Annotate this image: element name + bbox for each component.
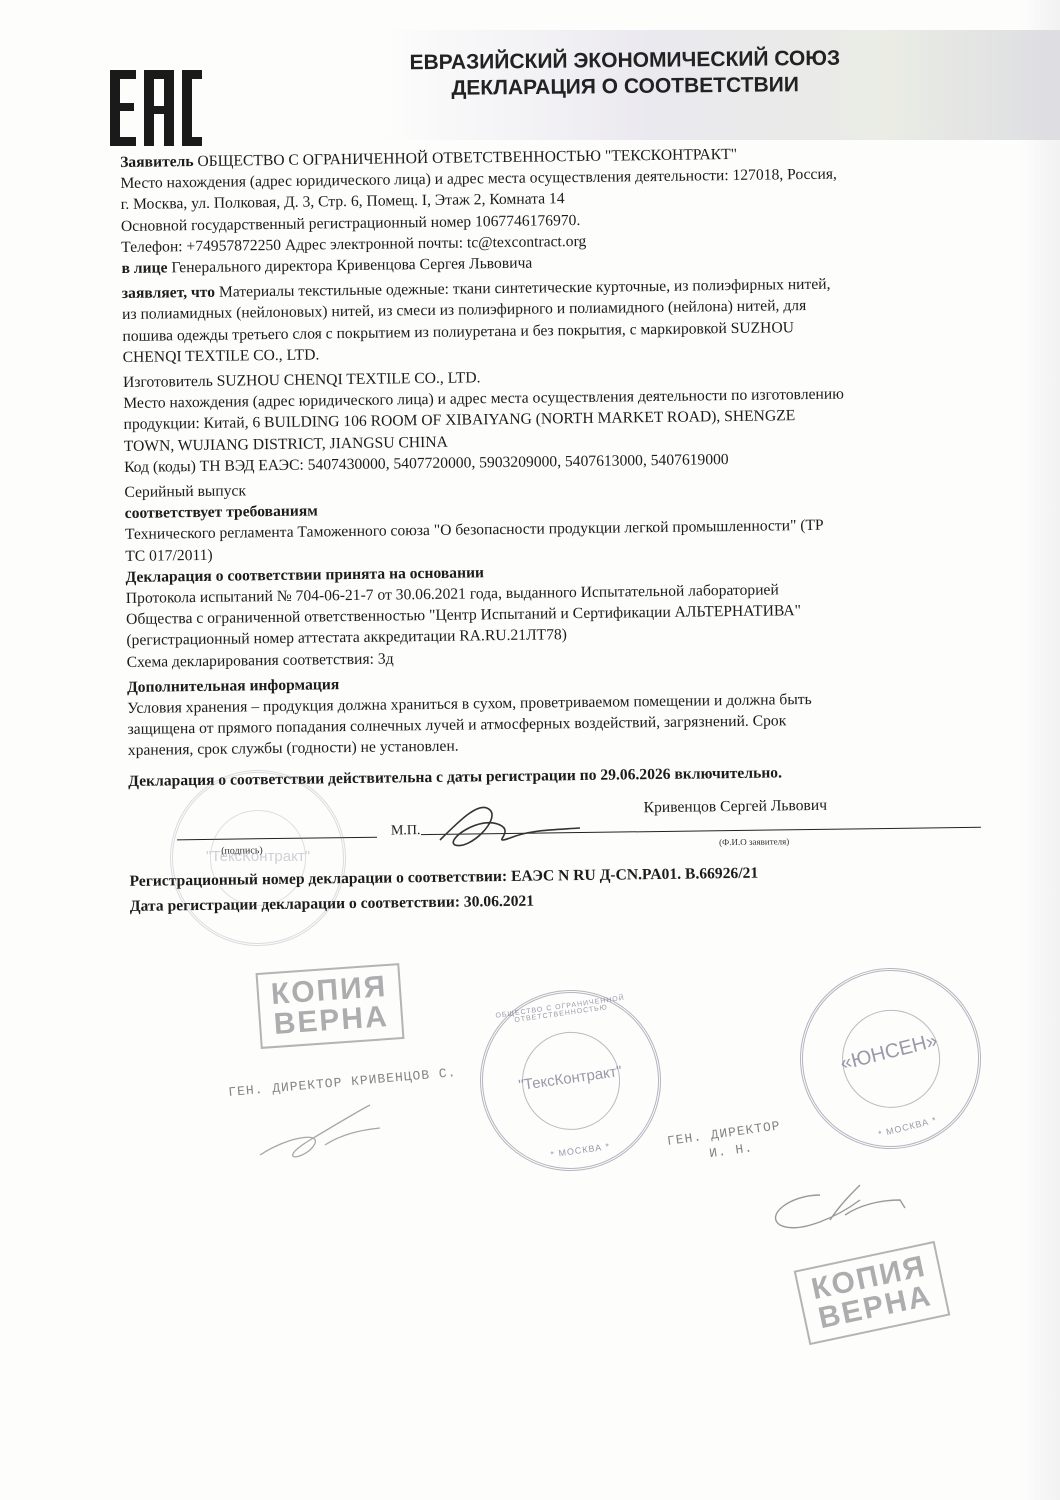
declares-label: заявляет, что xyxy=(122,284,215,302)
document-title: ДЕКЛАРАЦИЯ О СООТВЕТСТВИИ xyxy=(395,72,855,103)
director-signature-right xyxy=(760,1180,940,1250)
director-stamp-right: ГЕН. ДИРЕКТОР И. Н. xyxy=(666,1117,784,1169)
document-header: ЕВРАЗИЙСКИЙ ЭКОНОМИЧЕСКИЙ СОЮЗ ДЕКЛАРАЦИ… xyxy=(395,46,856,103)
seal-city: * МОСКВА * xyxy=(821,1101,993,1153)
applicant-label: Заявитель xyxy=(120,153,194,171)
texcontract-seal: ОБЩЕСТВО С ОГРАНИЧЕННОЙ ОТВЕТСТВЕННОСТЬЮ… xyxy=(468,978,672,1182)
name-caption: (Ф.И.О заявителя) xyxy=(719,831,789,853)
seal-label: М.П. xyxy=(391,820,421,842)
eac-mark-icon xyxy=(110,70,202,146)
copy-stamp-line2: ВЕРНА xyxy=(272,1002,390,1040)
texcontract-seal-faint: "ТексКонтракт" xyxy=(170,770,346,946)
director-signature-left xyxy=(250,1100,430,1170)
applicant-signature xyxy=(420,800,620,860)
seal-name: "ТексКонтракт" xyxy=(173,848,343,865)
yunsen-seal: «ЮНСЕН» * МОСКВА * xyxy=(781,949,1000,1168)
registration-date: 30.06.2021 xyxy=(464,893,534,911)
director-stamp-left: ГЕН. ДИРЕКТОР КРИВЕНЦОВ С. xyxy=(228,1065,457,1100)
rep-label: в лице xyxy=(121,259,167,277)
seal-ring-text: ОБЩЕСТВО С ОГРАНИЧЕННОЙ ОТВЕТСТВЕННОСТЬЮ xyxy=(473,992,648,1030)
scan-edge xyxy=(1020,0,1060,1500)
rep-name: Генерального директора Кривенцова Сергея… xyxy=(171,255,532,277)
signer-name: Кривенцов Сергей Львович xyxy=(643,795,827,819)
copy-certified-stamp-2: КОПИЯ ВЕРНА xyxy=(794,1241,951,1345)
copy-certified-stamp: КОПИЯ ВЕРНА xyxy=(256,963,405,1049)
registration-number: ЕАЭС N RU Д-CN.PA01. B.66926/21 xyxy=(511,865,758,885)
seal-city: * МОСКВА * xyxy=(493,1133,668,1167)
